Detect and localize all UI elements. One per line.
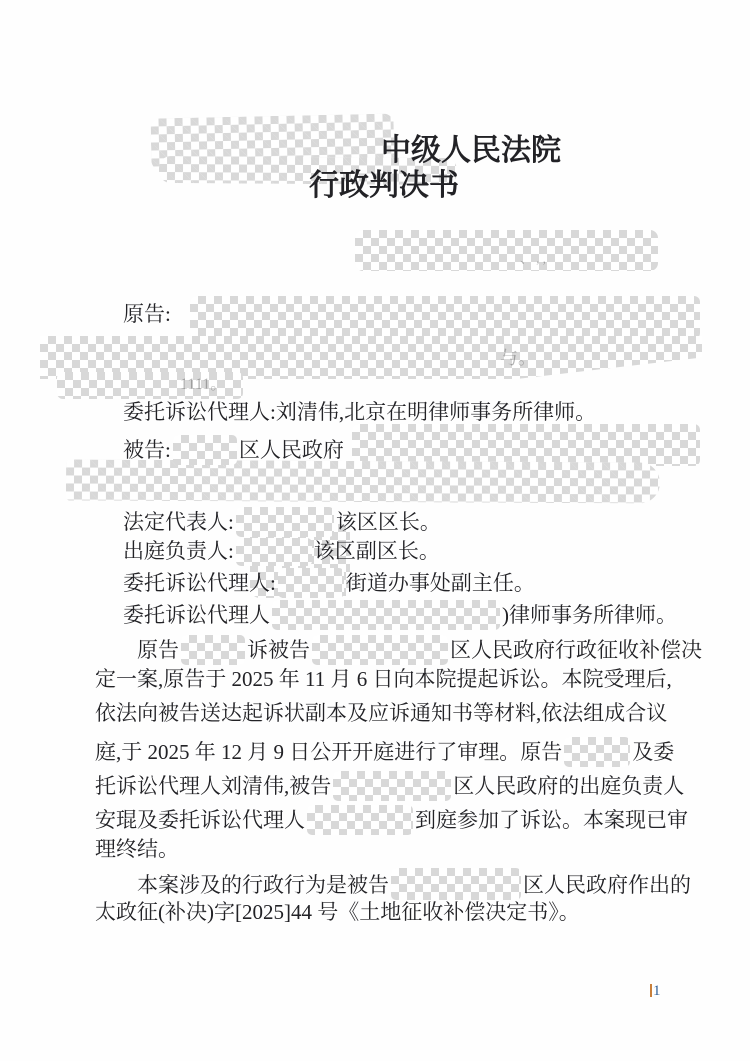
defendant-agent-line-1: 委托诉讼代理人:街道办事处副主任。 [123,568,535,598]
text-segment: 原告 [137,640,179,661]
redaction-patch [272,600,500,630]
text-segment: 区人民政府作出的 [523,875,691,896]
body-line: 庭,于 2025 年 12 月 9 日公开开庭进行了审理。原告及委 [95,737,674,767]
text-segment: 及委 [632,742,674,763]
text-segment: 街道办事处副主任。 [346,573,535,594]
text-segment: 原告: [123,304,171,325]
body-line: 理终结。 [95,839,179,860]
text-segment: 依法向被告送达起诉状副本及应诉通知书等材料,依法组成合议 [95,703,667,724]
text-segment: 中级人民法院 [381,136,561,166]
text-segment: 被告: [123,440,171,461]
text-segment: 行政判决书 [309,171,459,201]
court-title: 中级人民法院 [381,136,561,166]
redaction-patch [564,737,630,767]
redaction-patch [391,868,521,900]
document-type-title: 行政判决书 [309,171,459,201]
text-segment: 到庭参加了诉讼。本案现已审 [415,810,688,831]
redaction-patch [181,635,245,665]
faint-text: 1111。 [180,377,226,393]
redaction-patch [236,538,312,566]
text-segment: 区人民政府行政征收补偿决 [450,640,702,661]
judgment-page: 、 , ,与。1111。 中级人民法院行政判决书原告:委托诉讼代理人:刘清伟,北… [0,0,750,1061]
plaintiff-agent-line: 委托诉讼代理人:刘清伟,北京在明律师事务所律师。 [123,402,596,423]
defendant-agent-line-2: 委托诉讼代理人)律师事务所律师。 [123,600,677,630]
defendant-line: 被告:区人民政府 [123,435,344,465]
text-segment: 安琨及委托诉讼代理人 [95,810,305,831]
body-line: 原告诉被告区人民政府行政征收补偿决 [137,635,702,665]
text-segment: 该区区长。 [336,512,441,533]
body-line: 依法向被告送达起诉状副本及应诉通知书等材料,依法组成合议 [95,703,667,724]
text-segment: 委托诉讼代理人: [123,573,276,594]
text-segment: 该区副区长。 [314,541,440,562]
redaction-patch [190,296,700,339]
redaction-patch [333,771,451,801]
redaction-patch [236,507,334,537]
text-segment: 定一案,原告于 2025 年 11 月 6 日向本院提起诉讼。本院受理后, [95,669,672,690]
redaction-patch [173,435,237,465]
text-segment: 区人民政府的出庭负责人 [453,776,684,797]
body-line: 本案涉及的行政行为是被告区人民政府作出的 [137,868,691,900]
faint-text: 、 , , [520,252,546,265]
text-segment: 出庭负责人: [123,541,234,562]
text-segment: 太政征(补决)字[2025]44 号《土地征收补偿决定书》。 [95,902,580,923]
text-segment: )律师事务所律师。 [502,605,677,626]
text-segment: 区人民政府 [239,440,344,461]
appearing-official-line: 出庭负责人:该区副区长。 [123,538,440,566]
plaintiff-line: 原告: [123,304,171,325]
text-segment: 委托诉讼代理人 [123,605,270,626]
text-segment: 诉被告 [247,640,310,661]
redaction-patch [278,568,344,598]
page-number: 1 [650,984,661,999]
body-line: 定一案,原告于 2025 年 11 月 6 日向本院提起诉讼。本院受理后, [95,669,672,690]
text-segment: 委托诉讼代理人:刘清伟,北京在明律师事务所律师。 [123,402,596,423]
redaction-patch [312,635,448,665]
text-segment: 本案涉及的行政行为是被告 [137,875,389,896]
body-line: 托诉讼代理人刘清伟,被告区人民政府的出庭负责人 [95,771,684,801]
faint-text: 与。 [500,349,536,367]
body-line: 太政征(补决)字[2025]44 号《土地征收补偿决定书》。 [95,902,580,923]
text-segment: 庭,于 2025 年 12 月 9 日公开开庭进行了审理。原告 [95,742,562,763]
text-segment: 托诉讼代理人刘清伟,被告 [95,776,331,797]
redaction-patch [66,459,660,503]
body-line: 安琨及委托诉讼代理人到庭参加了诉讼。本案现已审 [95,805,688,835]
redaction-patch [355,230,658,271]
text-segment: 法定代表人: [123,512,234,533]
legal-representative-line: 法定代表人:该区区长。 [123,507,441,537]
redaction-patch [352,424,700,466]
text-segment: 理终结。 [95,839,179,860]
redaction-patch [307,805,413,835]
